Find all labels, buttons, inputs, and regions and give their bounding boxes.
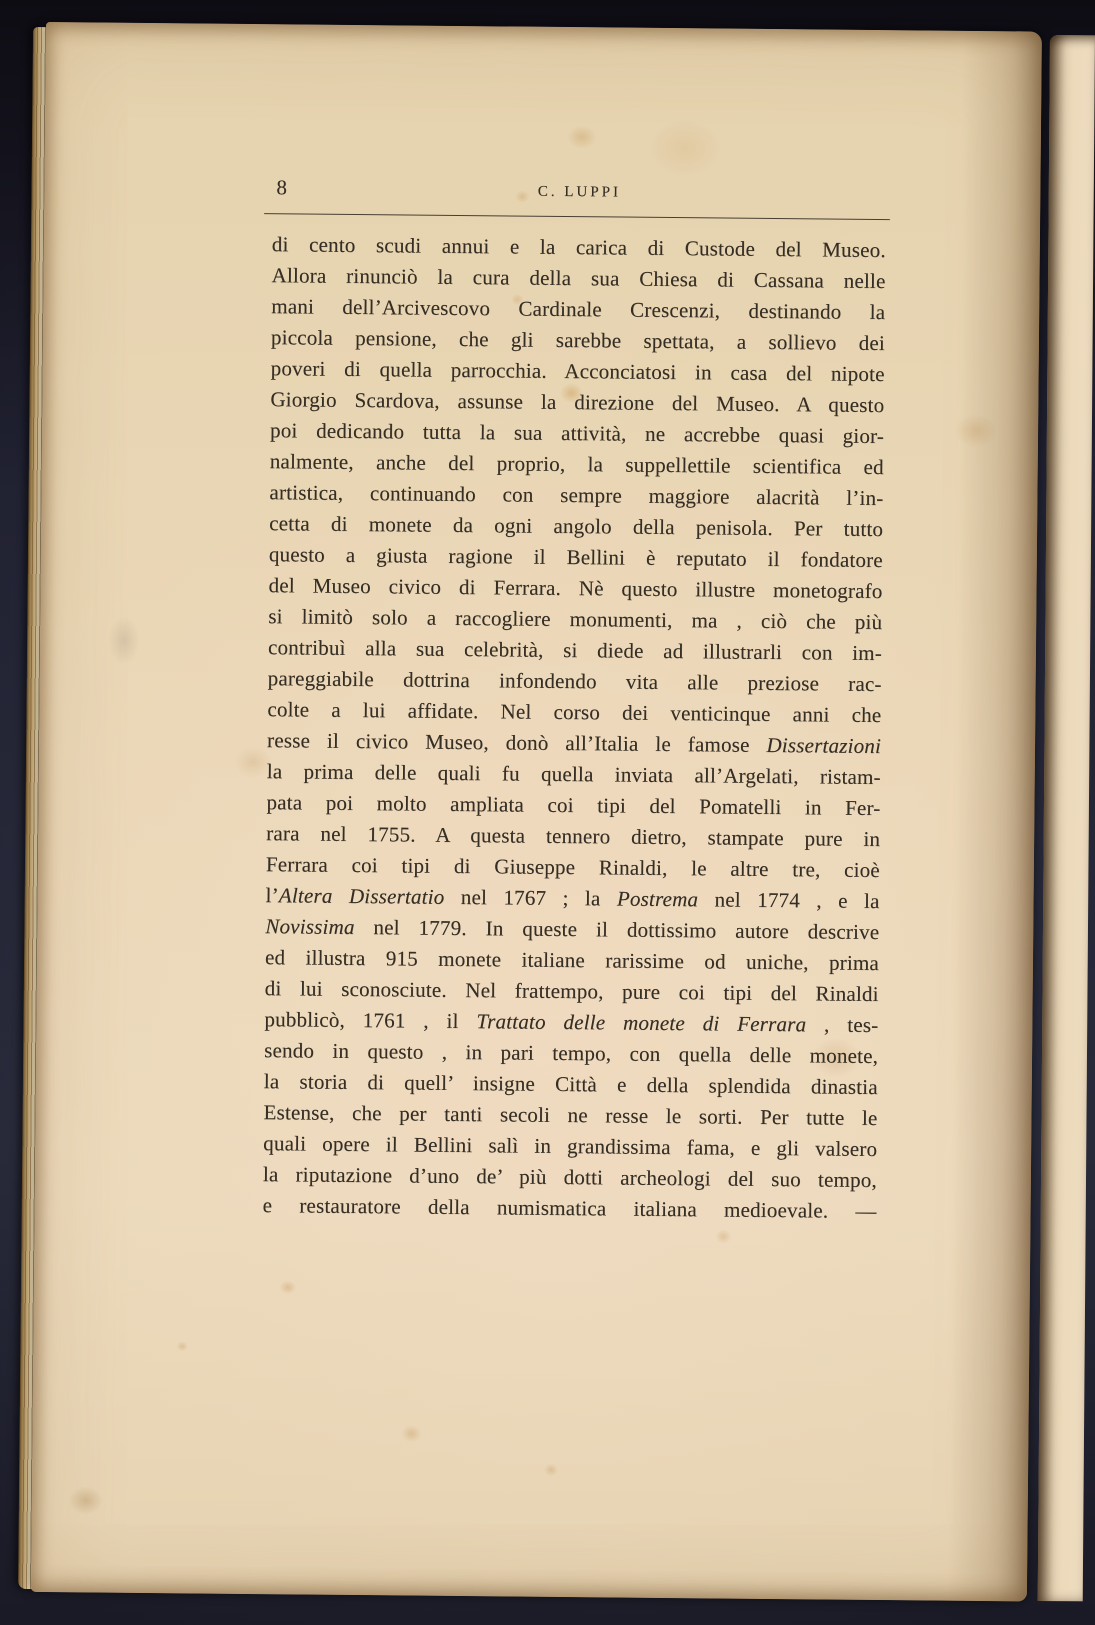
body-text: di cento scudi annui e la carica di Cust…	[262, 229, 885, 1227]
text-segment: Estense, che per tanti secoli ne resse l…	[263, 1100, 877, 1130]
header-rule	[264, 213, 890, 220]
text-segment: pata poi molto ampliata coi tipi del Pom…	[266, 790, 880, 820]
text-segment: mani dell’Arcivescovo Cardinale Crescenz…	[271, 294, 885, 324]
italic-text: Dissertazioni	[766, 733, 881, 758]
text-segment: rara nel 1755. A questa tennero dietro, …	[266, 821, 880, 851]
scan-viewport: { "colors":{ "paper":"#e9d6b5", "ink":"#…	[0, 0, 1095, 1625]
text-segment: e restauratore della numismatica italian…	[263, 1193, 877, 1223]
italic-text: Postrema	[617, 887, 699, 912]
text-segment: contribuì alla sua celebrità, si diede a…	[268, 635, 882, 665]
text-segment: si limitò solo a raccogliere monumenti, …	[268, 604, 882, 634]
text-segment: di cento scudi annui e la carica di Cust…	[272, 232, 886, 262]
text-segment: artistica, continuando con sempre maggio…	[269, 480, 883, 510]
text-segment: Allora rinunciò la cura della sua Chiesa…	[271, 263, 885, 293]
page-content: 8 C. LUPPI di cento scudi annui e la car…	[262, 176, 886, 1227]
text-segment: , tes-	[806, 1012, 878, 1037]
page-header: 8 C. LUPPI	[272, 176, 886, 204]
text-segment: poveri di quella parrocchia. Acconciatos…	[271, 356, 885, 386]
book-page: 8 C. LUPPI di cento scudi annui e la car…	[31, 22, 1042, 1601]
text-line: e restauratore della numismatica italian…	[262, 1190, 876, 1227]
text-segment: nel 1774 , e la	[698, 887, 880, 913]
italic-text: Altera Dissertatio	[279, 883, 445, 909]
next-page-edge	[1038, 35, 1095, 1601]
text-segment: pubblicò, 1761 , il	[264, 1007, 476, 1033]
text-segment: colte a lui affidate. Nel corso dei vent…	[267, 697, 881, 727]
italic-text: Trattato delle monete di Ferrara	[476, 1009, 806, 1036]
text-segment: Ferrara coi tipi di Giuseppe Rinaldi, le…	[266, 852, 880, 882]
text-segment: la riputazione d’uno de’ più dotti arche…	[263, 1162, 877, 1192]
text-segment: di lui sconosciute. Nel frattempo, pure …	[265, 976, 879, 1006]
text-segment: ed illustra 915 monete italiane rarissim…	[265, 945, 879, 975]
text-segment: sendo in questo , in pari tempo, con que…	[264, 1038, 878, 1068]
text-segment: la storia di quell’ insigne Città e dell…	[264, 1069, 878, 1099]
text-segment: nel 1767 ; la	[444, 885, 617, 911]
text-segment: l’	[266, 883, 279, 907]
running-header: C. LUPPI	[272, 179, 886, 205]
text-segment: la prima delle quali fu quella inviata a…	[267, 759, 881, 789]
text-segment: quali opere il Bellini salì in grandissi…	[263, 1131, 877, 1161]
text-segment: nel 1779. In queste il dottissimo autore…	[355, 915, 880, 944]
text-segment: resse il civico Museo, donò all’Italia l…	[267, 728, 767, 757]
italic-text: Novissima	[265, 914, 355, 939]
text-segment: cetta di monete da ogni angolo della pen…	[269, 511, 883, 541]
text-segment: pareggiabile dottrina infondendo vita al…	[268, 666, 882, 696]
text-segment: nalmente, anche del proprio, la suppelle…	[270, 449, 884, 479]
text-segment: Giorgio Scardova, assunse la direzione d…	[270, 387, 884, 417]
text-segment: del Museo civico di Ferrara. Nè questo i…	[268, 573, 882, 603]
text-segment: piccola pensione, che gli sarebbe spetta…	[271, 325, 885, 355]
text-segment: poi dedicando tutta la sua attività, ne …	[270, 418, 884, 448]
text-segment: questo a giusta ragione il Bellini è rep…	[269, 542, 883, 572]
